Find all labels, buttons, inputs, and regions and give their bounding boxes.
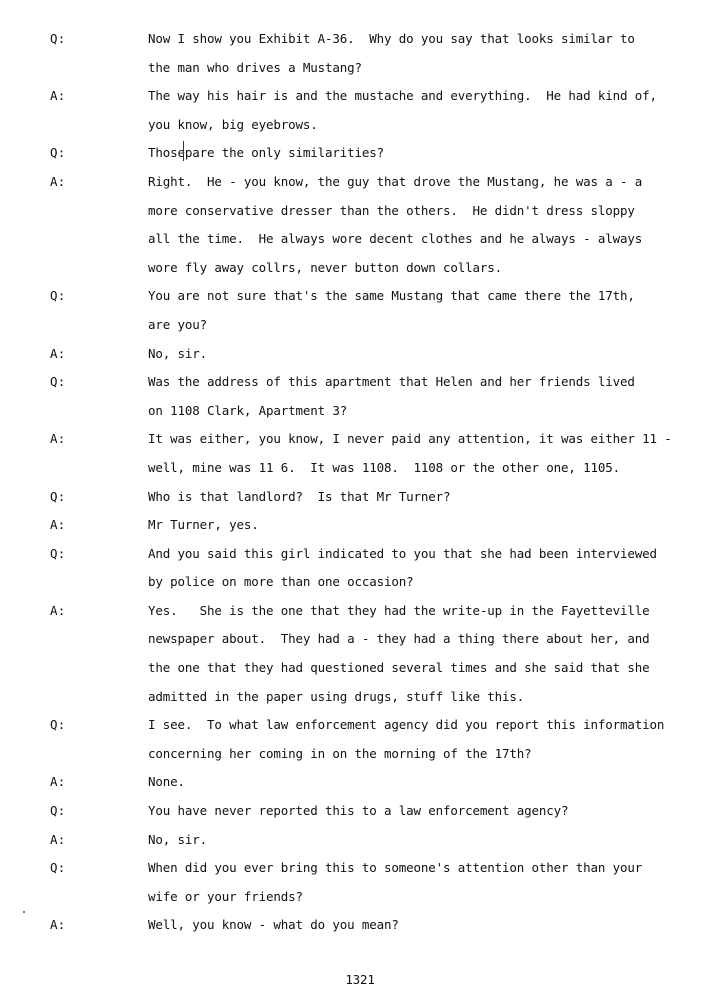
transcript-line: Mr Turner, yes. bbox=[148, 511, 720, 540]
answer-entry: A:It was either, you know, I never paid … bbox=[0, 425, 720, 482]
transcript-line: all the time. He always wore decent clot… bbox=[148, 225, 720, 254]
transcript-line: It was either, you know, I never paid an… bbox=[148, 425, 720, 454]
speaker-label: Q: bbox=[0, 25, 148, 54]
transcript-line: Thosepare the only similarities? bbox=[148, 139, 720, 168]
transcript-body: Q:Now I show you Exhibit A-36. Why do yo… bbox=[0, 25, 720, 940]
entry-text: Well, you know - what do you mean? bbox=[148, 911, 720, 940]
answer-entry: A:The way his hair is and the mustache a… bbox=[0, 82, 720, 139]
entry-text: None. bbox=[148, 768, 720, 797]
transcript-line: the one that they had questioned several… bbox=[148, 654, 720, 683]
entry-text: Yes. She is the one that they had the wr… bbox=[148, 597, 720, 711]
question-entry: Q:Now I show you Exhibit A-36. Why do yo… bbox=[0, 25, 720, 82]
transcript-line: on 1108 Clark, Apartment 3? bbox=[148, 397, 720, 426]
transcript-line: I see. To what law enforcement agency di… bbox=[148, 711, 720, 740]
answer-entry: A:Well, you know - what do you mean? bbox=[0, 911, 720, 940]
transcript-line: you know, big eyebrows. bbox=[148, 111, 720, 140]
transcript-line: are you? bbox=[148, 311, 720, 340]
transcript-line: wife or your friends? bbox=[148, 883, 720, 912]
transcript-line: wore fly away collrs, never button down … bbox=[148, 254, 720, 283]
scan-speck bbox=[23, 911, 25, 913]
answer-entry: A:Mr Turner, yes. bbox=[0, 511, 720, 540]
entry-text: When did you ever bring this to someone'… bbox=[148, 854, 720, 911]
transcript-line: Was the address of this apartment that H… bbox=[148, 368, 720, 397]
transcript-line: Well, you know - what do you mean? bbox=[148, 911, 720, 940]
speaker-label: Q: bbox=[0, 282, 148, 311]
transcript-line: When did you ever bring this to someone'… bbox=[148, 854, 720, 883]
question-entry: Q:You have never reported this to a law … bbox=[0, 797, 720, 826]
entry-text: Right. He - you know, the guy that drove… bbox=[148, 168, 720, 282]
speaker-label: A: bbox=[0, 826, 148, 855]
speaker-label: A: bbox=[0, 425, 148, 454]
transcript-line: more conservative dresser than the other… bbox=[148, 197, 720, 226]
speaker-label: A: bbox=[0, 82, 148, 111]
entry-text: Now I show you Exhibit A-36. Why do you … bbox=[148, 25, 720, 82]
answer-entry: A:Yes. She is the one that they had the … bbox=[0, 597, 720, 711]
question-entry: Q:You are not sure that's the same Musta… bbox=[0, 282, 720, 339]
transcript-line: the man who drives a Mustang? bbox=[148, 54, 720, 83]
transcript-line: Right. He - you know, the guy that drove… bbox=[148, 168, 720, 197]
entry-text: I see. To what law enforcement agency di… bbox=[148, 711, 720, 768]
speaker-label: Q: bbox=[0, 368, 148, 397]
question-entry: Q:When did you ever bring this to someon… bbox=[0, 854, 720, 911]
entry-text: Mr Turner, yes. bbox=[148, 511, 720, 540]
transcript-line: concerning her coming in on the morning … bbox=[148, 740, 720, 769]
entry-text: You have never reported this to a law en… bbox=[148, 797, 720, 826]
question-entry: Q:And you said this girl indicated to yo… bbox=[0, 540, 720, 597]
transcript-line: And you said this girl indicated to you … bbox=[148, 540, 720, 569]
speaker-label: A: bbox=[0, 340, 148, 369]
speaker-label: Q: bbox=[0, 854, 148, 883]
transcript-line: by police on more than one occasion? bbox=[148, 568, 720, 597]
question-entry: Q:Who is that landlord? Is that Mr Turne… bbox=[0, 483, 720, 512]
entry-text: No, sir. bbox=[148, 340, 720, 369]
entry-text: No, sir. bbox=[148, 826, 720, 855]
transcript-line: Who is that landlord? Is that Mr Turner? bbox=[148, 483, 720, 512]
transcript-line: You are not sure that's the same Mustang… bbox=[148, 282, 720, 311]
speaker-label: A: bbox=[0, 511, 148, 540]
speaker-label: A: bbox=[0, 597, 148, 626]
transcript-line: No, sir. bbox=[148, 826, 720, 855]
transcript-line: Yes. She is the one that they had the wr… bbox=[148, 597, 720, 626]
answer-entry: A:None. bbox=[0, 768, 720, 797]
page-number: 1321 bbox=[0, 972, 720, 987]
speaker-label: Q: bbox=[0, 483, 148, 512]
entry-text: And you said this girl indicated to you … bbox=[148, 540, 720, 597]
entry-text: Was the address of this apartment that H… bbox=[148, 368, 720, 425]
entry-text: The way his hair is and the mustache and… bbox=[148, 82, 720, 139]
transcript-line: admitted in the paper using drugs, stuff… bbox=[148, 683, 720, 712]
question-entry: Q:Thosepare the only similarities? bbox=[0, 139, 720, 168]
transcript-line: The way his hair is and the mustache and… bbox=[148, 82, 720, 111]
entry-text: You are not sure that's the same Mustang… bbox=[148, 282, 720, 339]
question-entry: Q:I see. To what law enforcement agency … bbox=[0, 711, 720, 768]
speaker-label: A: bbox=[0, 768, 148, 797]
transcript-line: Now I show you Exhibit A-36. Why do you … bbox=[148, 25, 720, 54]
speaker-label: A: bbox=[0, 168, 148, 197]
speaker-label: Q: bbox=[0, 711, 148, 740]
transcript-line: well, mine was 11 6. It was 1108. 1108 o… bbox=[148, 454, 720, 483]
entry-text: It was either, you know, I never paid an… bbox=[148, 425, 720, 482]
entry-text: Who is that landlord? Is that Mr Turner? bbox=[148, 483, 720, 512]
speaker-label: Q: bbox=[0, 540, 148, 569]
transcript-line: newspaper about. They had a - they had a… bbox=[148, 625, 720, 654]
answer-entry: A:Right. He - you know, the guy that dro… bbox=[0, 168, 720, 282]
speaker-label: A: bbox=[0, 911, 148, 940]
answer-entry: A:No, sir. bbox=[0, 826, 720, 855]
question-entry: Q:Was the address of this apartment that… bbox=[0, 368, 720, 425]
transcript-page: Q:Now I show you Exhibit A-36. Why do yo… bbox=[0, 0, 720, 1006]
entry-text: Thosepare the only similarities? bbox=[148, 139, 720, 168]
transcript-line: No, sir. bbox=[148, 340, 720, 369]
speaker-label: Q: bbox=[0, 797, 148, 826]
text-cursor-artifact bbox=[183, 141, 184, 161]
answer-entry: A:No, sir. bbox=[0, 340, 720, 369]
transcript-line: None. bbox=[148, 768, 720, 797]
speaker-label: Q: bbox=[0, 139, 148, 168]
transcript-line: You have never reported this to a law en… bbox=[148, 797, 720, 826]
